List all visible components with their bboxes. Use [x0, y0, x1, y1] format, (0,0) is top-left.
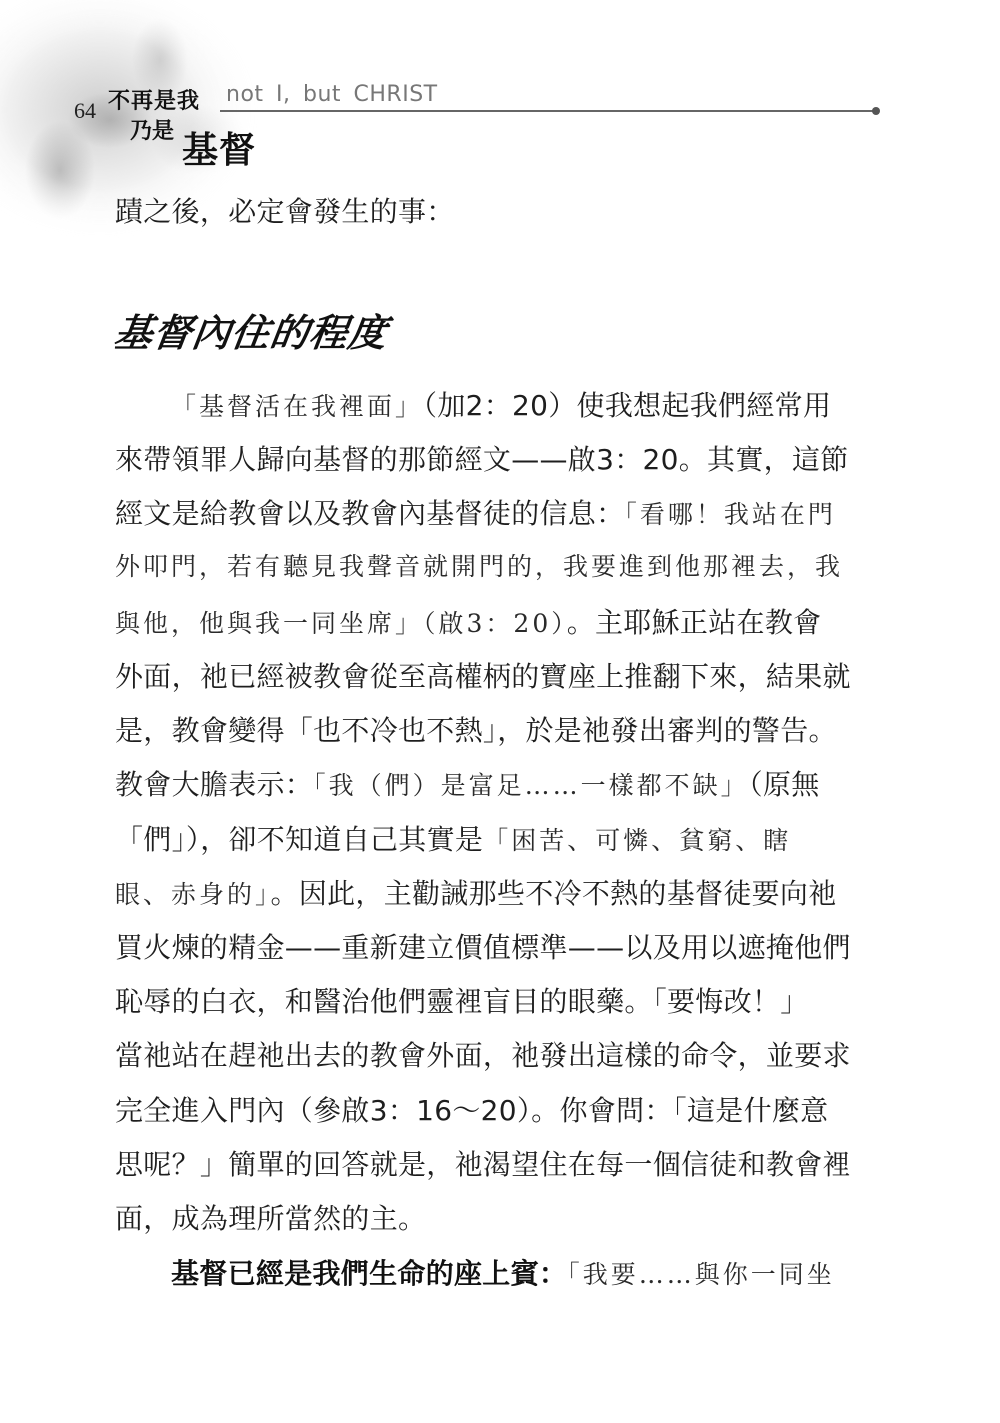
body-text: 恥辱的白衣，和醫治他們靈裡盲目的眼藥。「要悔改！」 — [115, 985, 809, 1018]
book-title-zh-line2-large: 基督 — [182, 122, 256, 173]
body-text: 思呢？」簡單的回答就是，祂渴望住在每一個信徒和教會裡 — [115, 1148, 851, 1181]
text-line: 眼、赤身的」。因此，主勸誡那些不冷不熱的基督徒要向祂 — [115, 872, 837, 912]
body-text: 「們」），卻不知道自己其實是 — [115, 823, 483, 856]
bold-lead-in: 基督已經是我們生命的座上賓： — [171, 1257, 567, 1290]
text-line: 完全進入門內（參啟3：16～20）。你會問：「這是什麼意 — [115, 1089, 828, 1129]
text-line: 教會大膽表示：「我（們）是富足……一樣都不缺」（原無 — [115, 763, 820, 803]
body-text: 外面，祂已經被教會從至高權柄的寶座上推翻下來，結果就 — [115, 660, 851, 693]
text-line: 當祂站在趕祂出去的教會外面，祂發出這樣的命令，並要求 — [115, 1034, 851, 1074]
book-title-en: not I, but CHRIST — [226, 82, 438, 107]
text-line: 來帶領罪人歸向基督的那節經文——啟3：20。其實，這節 — [115, 438, 849, 478]
text-line: 面，成為理所當然的主。 — [115, 1197, 426, 1237]
text-line: 「們」），卻不知道自己其實是「困苦、可憐、貧窮、瞎 — [115, 818, 791, 858]
body-text: 面，成為理所當然的主。 — [115, 1202, 426, 1235]
body-text: （加2：20）使我想起我們經常用 — [423, 389, 831, 422]
text-line: 買火煉的精金——重新建立價值標準——以及用以遮掩他們 — [115, 926, 851, 966]
scripture-quote: 眼、赤身的」 — [115, 880, 271, 909]
body-text: 。因此，主勸誡那些不冷不熱的基督徒要向祂 — [271, 877, 837, 910]
body-text: 教會大膽表示： — [115, 768, 313, 801]
scripture-quote: 「我要……與你一同坐 — [567, 1260, 835, 1289]
body-text: 。主耶穌正站在教會 — [567, 606, 822, 639]
header-rule-divider — [220, 110, 876, 112]
running-head: 64 不再是我 乃是 基督 not I, but CHRIST — [0, 0, 1000, 180]
body-text: 經文是給教會以及教會內基督徒的信息： — [115, 497, 624, 530]
scripture-quote: 「困苦、可憐、貧窮、瞎 — [483, 826, 791, 855]
text-line: 外叩門，若有聽見我聲音就開門的，我要進到他那裡去，我 — [115, 547, 843, 583]
rule-end-dot-icon — [872, 107, 880, 115]
text-line: 「基督活在我裡面」（加2：20）使我想起我們經常用 — [171, 384, 831, 424]
continuation-line: 蹟之後，必定會發生的事： — [115, 190, 455, 230]
text-line: 與他，他與我一同坐席」（啟3：20）。主耶穌正站在教會 — [115, 601, 821, 641]
body-text: 完全進入門內（參啟3：16～20）。你會問：「這是什麼意 — [115, 1094, 828, 1127]
body-text: 買火煉的精金——重新建立價值標準——以及用以遮掩他們 — [115, 931, 851, 964]
scripture-quote: 「基督活在我裡面」 — [171, 392, 423, 421]
scripture-quote: 「看哪！我站在門 — [624, 500, 836, 529]
book-title-zh-line1: 不再是我 — [108, 84, 200, 115]
text-line: 思呢？」簡單的回答就是，祂渴望住在每一個信徒和教會裡 — [115, 1143, 851, 1183]
next-paragraph-line: 基督已經是我們生命的座上賓：「我要……與你一同坐 — [171, 1252, 835, 1292]
text-line: 恥辱的白衣，和醫治他們靈裡盲目的眼藥。「要悔改！」 — [115, 980, 809, 1020]
book-title-zh-line2-small: 乃是 — [130, 114, 174, 145]
body-text: 來帶領罪人歸向基督的那節經文——啟3：20。其實，這節 — [115, 443, 849, 476]
scripture-quote: 與他，他與我一同坐席」（啟3：20） — [115, 609, 567, 638]
text-line: 經文是給教會以及教會內基督徒的信息：「看哪！我站在門 — [115, 492, 836, 532]
page-number: 64 — [74, 98, 96, 124]
scripture-quote: 「我（們）是富足……一樣都不缺」 — [313, 771, 749, 800]
body-text: （原無 — [749, 768, 820, 801]
text-line: 外面，祂已經被教會從至高權柄的寶座上推翻下來，結果就 — [115, 655, 851, 695]
body-text: 當祂站在趕祂出去的教會外面，祂發出這樣的命令，並要求 — [115, 1039, 851, 1072]
scripture-quote: 外叩門，若有聽見我聲音就開門的，我要進到他那裡去，我 — [115, 552, 843, 581]
section-heading: 基督內住的程度 — [111, 302, 392, 357]
text-line: 是，教會變得「也不冷也不熱」，於是祂發出審判的警告。 — [115, 709, 837, 749]
body-text: 是，教會變得「也不冷也不熱」，於是祂發出審判的警告。 — [115, 714, 837, 747]
